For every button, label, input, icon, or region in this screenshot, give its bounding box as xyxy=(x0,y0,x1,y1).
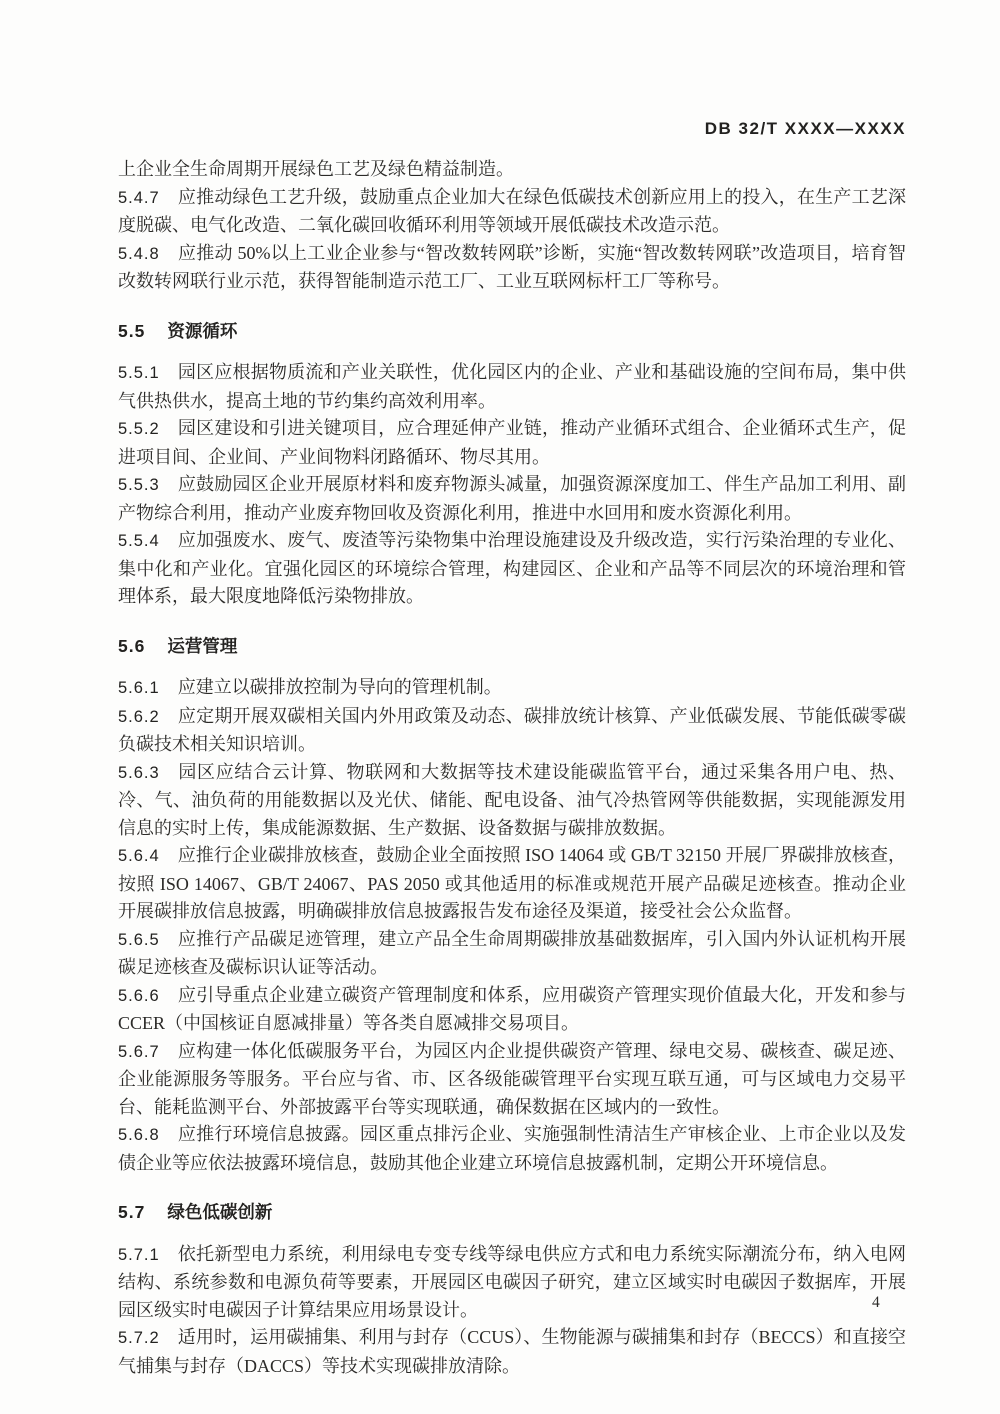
section-heading-5.5: 5.5资源循环 xyxy=(118,318,906,346)
document-body: 上企业全生命周期开展绿色工艺及绿色精益制造。5.4.7应推动绿色工艺升级，鼓励重… xyxy=(118,156,906,1380)
clause-5.6.1: 5.6.1应建立以碳排放控制为导向的管理机制。 xyxy=(118,674,906,703)
clause-number: 5.5.3 xyxy=(118,476,178,494)
clause-text: 应推动绿色工艺升级，鼓励重点企业加大在绿色低碳技术创新应用上的投入，在生产工艺深… xyxy=(118,187,906,236)
clause-number: 5.7 xyxy=(118,1202,167,1222)
clause-number: 5.6.7 xyxy=(118,1043,178,1061)
clause-text: 应定期开展双碳相关国内外用政策及动态、碳排放统计核算、产业低碳发展、节能低碳零碳… xyxy=(118,706,906,755)
clause-text: 应推行企业碳排放核查，鼓励企业全面按照 ISO 14064 或 GB/T 321… xyxy=(118,845,906,921)
clause-number: 5.7.1 xyxy=(118,1246,178,1264)
clause-text: 适用时，运用碳捕集、利用与封存（CCUS）、生物能源与碳捕集和封存（BECCS）… xyxy=(118,1327,906,1376)
clause-text: 依托新型电力系统，利用绿电专变专线等绿电供应方式和电力系统实际潮流分布，纳入电网… xyxy=(118,1244,906,1320)
document-page: DB 32/T XXXX—XXXX 上企业全生命周期开展绿色工艺及绿色精益制造。… xyxy=(0,0,1000,1414)
clause-5.6.2: 5.6.2应定期开展双碳相关国内外用政策及动态、碳排放统计核算、产业低碳发展、节… xyxy=(118,703,906,759)
clause-number: 5.5 xyxy=(118,321,167,341)
clause-number: 5.4.7 xyxy=(118,189,178,207)
clause-text: 园区建设和引进关键项目，应合理延伸产业链，推动产业循环式组合、企业循环式生产，促… xyxy=(118,418,906,467)
section-heading-text: 运营管理 xyxy=(167,636,237,656)
clause-text: 应加强废水、废气、废渣等污染物集中治理设施建设及升级改造，实行污染治理的专业化、… xyxy=(118,530,906,606)
clause-number: 5.6.2 xyxy=(118,708,178,726)
clause-5.4.8: 5.4.8应推动 50%以上工业企业参与“智改数转网联”诊断，实施“智改数转网联… xyxy=(118,240,906,296)
section-heading-5.6: 5.6运营管理 xyxy=(118,633,906,661)
section-heading-text: 资源循环 xyxy=(167,321,237,341)
clause-text: 应推行产品碳足迹管理，建立产品全生命周期碳排放基础数据库，引入国内外认证机构开展… xyxy=(118,929,906,978)
document-code-header: DB 32/T XXXX—XXXX xyxy=(705,119,906,139)
clause-5.5.4: 5.5.4应加强废水、废气、废渣等污染物集中治理设施建设及升级改造，实行污染治理… xyxy=(118,527,906,611)
clause-number: 5.4.8 xyxy=(118,245,178,263)
clause-5.7.1: 5.7.1依托新型电力系统，利用绿电专变专线等绿电供应方式和电力系统实际潮流分布… xyxy=(118,1241,906,1325)
clause-text: 园区应结合云计算、物联网和大数据等技术建设能碳监管平台，通过采集各用户电、热、冷… xyxy=(118,762,906,838)
clause-text: 应构建一体化低碳服务平台，为园区内企业提供碳资产管理、绿电交易、碳核查、碳足迹、… xyxy=(118,1041,906,1117)
clause-5.5.1: 5.5.1园区应根据物质流和产业关联性，优化园区内的企业、产业和基础设施的空间布… xyxy=(118,359,906,415)
clause-5.5.3: 5.5.3应鼓励园区企业开展原材料和废弃物源头减量，加强资源深度加工、伴生产品加… xyxy=(118,471,906,527)
page-number: 4 xyxy=(872,1294,880,1312)
clause-5.6.4: 5.6.4应推行企业碳排放核查，鼓励企业全面按照 ISO 14064 或 GB/… xyxy=(118,842,906,926)
clause-number: 5.6.3 xyxy=(118,764,178,782)
clause-5.5.2: 5.5.2园区建设和引进关键项目，应合理延伸产业链，推动产业循环式组合、企业循环… xyxy=(118,415,906,471)
clause-number: 5.6 xyxy=(118,636,167,656)
clause-text: 应推行环境信息披露。园区重点排污企业、实施强制性清洁生产审核企业、上市企业以及发… xyxy=(118,1124,906,1173)
clause-text: 应鼓励园区企业开展原材料和废弃物源头减量，加强资源深度加工、伴生产品加工利用、副… xyxy=(118,474,906,523)
section-heading-5.7: 5.7绿色低碳创新 xyxy=(118,1199,906,1227)
clause-number: 5.6.1 xyxy=(118,679,178,697)
clause-number: 5.6.6 xyxy=(118,987,178,1005)
clause-5.6.5: 5.6.5应推行产品碳足迹管理，建立产品全生命周期碳排放基础数据库，引入国内外认… xyxy=(118,926,906,982)
clause-number: 5.5.4 xyxy=(118,532,178,550)
clause-5.6.3: 5.6.3园区应结合云计算、物联网和大数据等技术建设能碳监管平台，通过采集各用户… xyxy=(118,759,906,843)
clause-5.4.7: 5.4.7应推动绿色工艺升级，鼓励重点企业加大在绿色低碳技术创新应用上的投入，在… xyxy=(118,184,906,240)
clause-number: 5.6.5 xyxy=(118,931,178,949)
clause-text: 应引导重点企业建立碳资产管理制度和体系，应用碳资产管理实现价值最大化，开发和参与… xyxy=(118,985,906,1034)
clause-text: 园区应根据物质流和产业关联性，优化园区内的企业、产业和基础设施的空间布局，集中供… xyxy=(118,362,906,411)
clause-number: 5.6.4 xyxy=(118,847,178,865)
section-heading-text: 绿色低碳创新 xyxy=(167,1202,272,1222)
clause-text: 应建立以碳排放控制为导向的管理机制。 xyxy=(178,677,502,697)
clause-5.7.2: 5.7.2适用时，运用碳捕集、利用与封存（CCUS）、生物能源与碳捕集和封存（B… xyxy=(118,1324,906,1380)
clause-5.6.6: 5.6.6应引导重点企业建立碳资产管理制度和体系，应用碳资产管理实现价值最大化，… xyxy=(118,982,906,1038)
clause-number: 5.5.1 xyxy=(118,364,178,382)
clause-number: 5.5.2 xyxy=(118,420,178,438)
paragraph-continuation: 上企业全生命周期开展绿色工艺及绿色精益制造。 xyxy=(118,156,906,184)
clause-5.6.8: 5.6.8应推行环境信息披露。园区重点排污企业、实施强制性清洁生产审核企业、上市… xyxy=(118,1121,906,1177)
clause-text: 应推动 50%以上工业企业参与“智改数转网联”诊断，实施“智改数转网联”改造项目… xyxy=(118,243,906,292)
clause-number: 5.6.8 xyxy=(118,1126,178,1144)
clause-number: 5.7.2 xyxy=(118,1329,178,1347)
clause-5.6.7: 5.6.7应构建一体化低碳服务平台，为园区内企业提供碳资产管理、绿电交易、碳核查… xyxy=(118,1038,906,1122)
clause-text: 上企业全生命周期开展绿色工艺及绿色精益制造。 xyxy=(118,159,514,179)
